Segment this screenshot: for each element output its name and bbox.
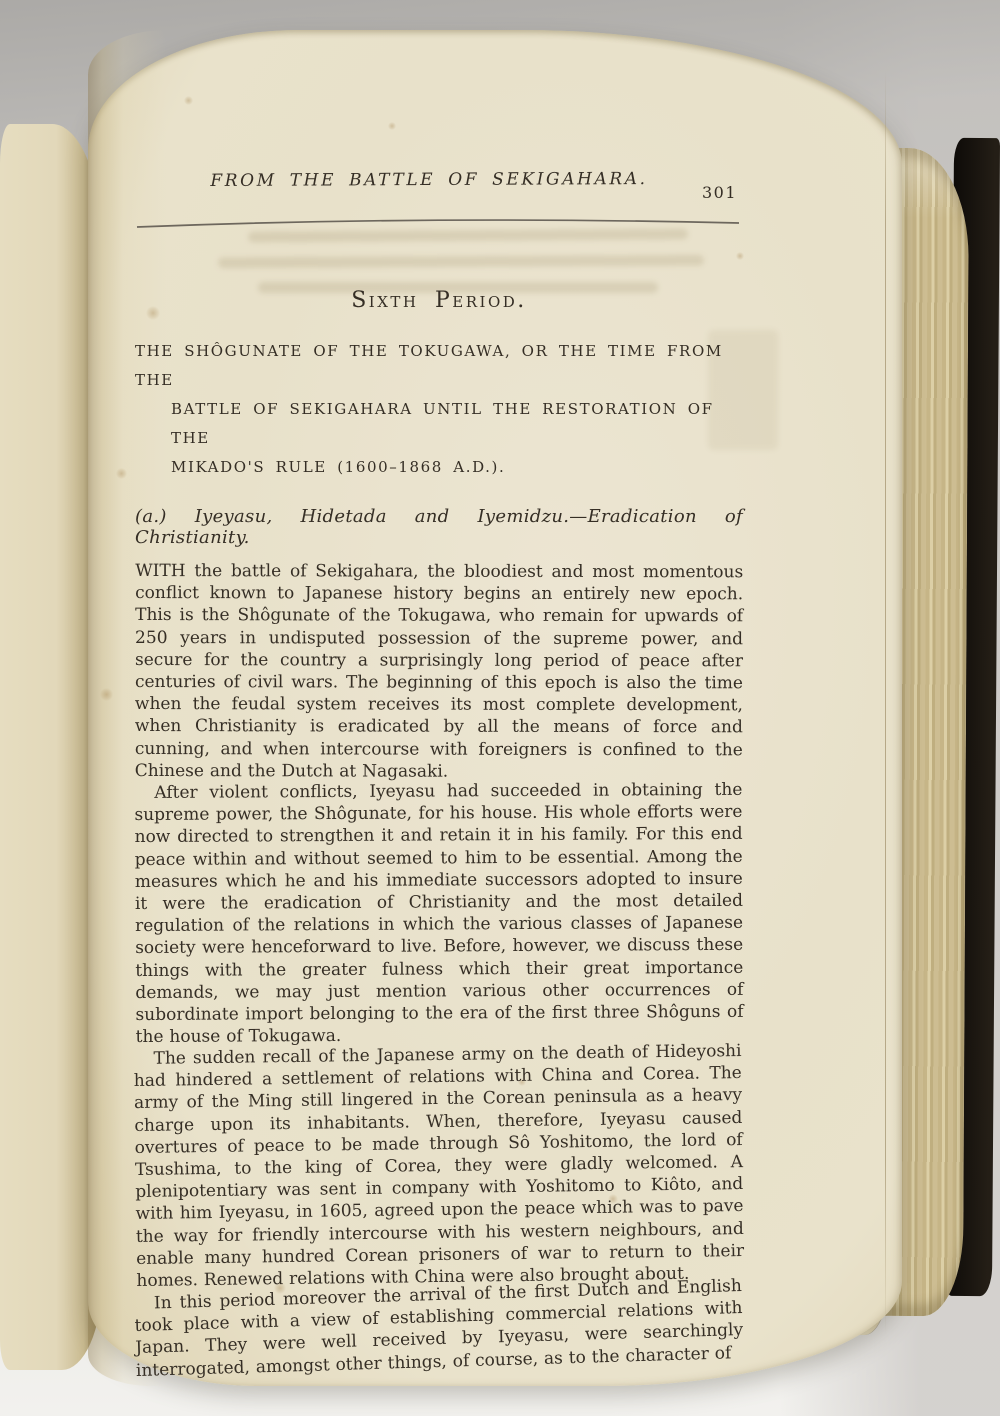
running-header: FROM THE BATTLE OF SEKIGAHARA. [193, 169, 665, 191]
previous-page-edge [0, 124, 102, 1370]
header-rule [135, 214, 743, 230]
book-photo: FROM THE BATTLE OF SEKIGAHARA. 301 Sixth… [0, 0, 1000, 1416]
book-page: FROM THE BATTLE OF SEKIGAHARA. 301 Sixth… [88, 30, 902, 1386]
body-text: WITH the battle of Sekigahara, the blood… [135, 560, 743, 1382]
running-header-row: FROM THE BATTLE OF SEKIGAHARA. 301 [135, 170, 743, 212]
body-paragraph: After violent conflicts, Iyeyasu had suc… [134, 779, 743, 1049]
subtitle-line: BATTLE OF SEKIGAHARA UNTIL THE RESTORATI… [135, 395, 743, 453]
page-number: 301 [702, 183, 737, 202]
section-heading: Sixth Period. [135, 288, 743, 313]
subtitle-line: THE SHÔGUNATE OF THE TOKUGAWA, OR THE TI… [135, 337, 743, 395]
section-subtitle: THE SHÔGUNATE OF THE TOKUGAWA, OR THE TI… [135, 337, 743, 482]
foxing-spot [388, 122, 396, 130]
subtitle-line: MIKADO'S RULE (1600–1868 A.D.). [135, 453, 743, 482]
foxing-spot [184, 96, 193, 105]
body-paragraph: The sudden recall of the Japanese army o… [133, 1041, 744, 1293]
page-text: FROM THE BATTLE OF SEKIGAHARA. 301 Sixth… [135, 170, 743, 1382]
section-subheading: (a.) Iyeyasu, Hidetada and Iyemidzu.—Era… [135, 506, 743, 548]
page-seam [885, 70, 886, 1336]
body-paragraph: In this period moreover the arrival of t… [134, 1275, 744, 1382]
body-paragraph: WITH the battle of Sekigahara, the blood… [135, 560, 743, 783]
